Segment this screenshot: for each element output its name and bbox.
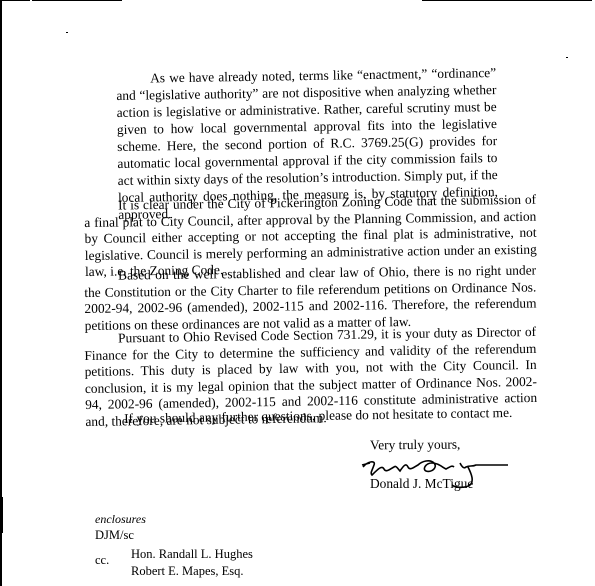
scan-border-mark [0, 497, 3, 533]
scan-border-top [2, 0, 30, 1]
letter-page: As we have already noted, terms like “en… [0, 0, 595, 586]
body-paragraph: Based on the well established and clear … [84, 262, 537, 334]
typist-initials: DJM/sc [95, 528, 134, 543]
cc-recipient: Robert E. Mapes, Esq. [131, 563, 253, 580]
paragraph-ohio-law: Based on the well established and clear … [84, 262, 537, 334]
signer-name: Donald J. McTigue [370, 476, 473, 492]
scan-speck [66, 32, 68, 33]
scan-border-top [32, 0, 122, 1]
cc-list: Hon. Randall L. Hughes Robert E. Mapes, … [131, 546, 253, 580]
scan-speck [566, 57, 568, 58]
closing: Very truly yours, [370, 437, 461, 454]
cc-label: cc. [95, 553, 109, 568]
cc-recipient: Hon. Randall L. Hughes [131, 546, 253, 563]
enclosures-note: enclosures [95, 512, 146, 527]
scan-border-top [422, 0, 592, 1]
